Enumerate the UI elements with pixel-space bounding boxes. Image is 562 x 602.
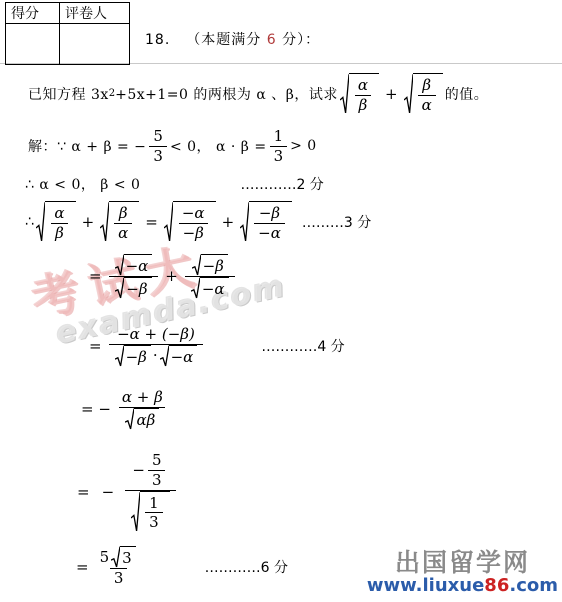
- score-marker-3: ………3 分: [302, 212, 371, 232]
- plus-operator: +: [82, 213, 95, 231]
- sqrt-alpha-beta: αβ: [125, 408, 159, 430]
- frac-den: α: [418, 95, 436, 115]
- plus-operator: +: [165, 267, 178, 285]
- score-cell-empty: [6, 24, 60, 65]
- frac-sqrt-over-sqrt-1: −α −β: [109, 254, 159, 299]
- frac-sum-over-sqrt-product: α + β αβ: [118, 388, 167, 430]
- sqrt-neg-beta: −β: [115, 277, 151, 299]
- frac-den: −α: [254, 223, 285, 243]
- question-number: 18.: [145, 32, 170, 48]
- score-marker-6: …………6 分: [205, 557, 288, 577]
- frac-den: 3: [145, 512, 163, 532]
- frac-num: −α: [178, 204, 209, 223]
- frac-nested-values: − 53 13: [125, 451, 176, 532]
- frac-sum-over-product: −α + (−β) −β · −α: [109, 325, 204, 367]
- problem-text-1: 已知方程 3x: [28, 84, 109, 104]
- url-number: 86: [484, 575, 509, 596]
- equals-sign: =: [145, 213, 158, 231]
- sqrt-neg-beta: −β: [115, 345, 151, 367]
- sqrt-beta-over-alpha: βα: [404, 73, 443, 115]
- problem-text-2: +5x+1=0 的两根为 α 、β，试求: [115, 84, 338, 104]
- frac-num: 1: [270, 127, 288, 146]
- sqrt-neg-beta-over-neg-alpha: −β−α: [240, 201, 292, 243]
- problem-text-3: 的值。: [445, 84, 489, 104]
- plus-operator: +: [385, 85, 398, 103]
- frac-den: 3: [149, 146, 167, 166]
- radical-sign: [100, 201, 109, 243]
- radical-sign: [192, 254, 201, 276]
- solution-step-3: ∴ αβ + βα = −α−β + −β−α ………3 分: [25, 201, 371, 243]
- watermark-liuxue-url: www.liuxue86.com: [367, 576, 558, 595]
- radical-sign: [111, 546, 120, 568]
- radicand: αβ: [134, 408, 159, 430]
- solution-step-6: = − α + β αβ: [77, 388, 170, 430]
- problem-statement: 已知方程 3x2+5x+1=0 的两根为 α 、β，试求 αβ + βα 的值。: [28, 73, 488, 115]
- frac-num: 5: [148, 451, 166, 470]
- frac-den: β: [51, 223, 68, 243]
- radical-sign: [115, 277, 124, 299]
- question-heading: 18.（本题满分 6 分）：: [145, 29, 320, 49]
- score-table-header-grader: 评卷人: [60, 3, 130, 24]
- solution-step-7: = − − 53 13: [73, 451, 179, 532]
- radicand: −α: [169, 345, 198, 367]
- coefficient: 5: [100, 548, 110, 567]
- radical-sign: [240, 201, 249, 243]
- solution-step-8: = 5 3 3 …………6 分: [72, 546, 288, 588]
- radical-sign: [340, 73, 349, 115]
- sqrt-3: 3: [111, 546, 136, 568]
- solution-step-2: ∴ α < 0， β < 0 …………2 分: [25, 174, 324, 194]
- radical-sign: [404, 73, 413, 115]
- equals-sign: =: [89, 267, 102, 285]
- frac-den: 3: [148, 470, 166, 490]
- sqrt-neg-alpha-over-neg-beta: −α−β: [164, 201, 216, 243]
- frac-num: α + β: [118, 388, 167, 407]
- watermark-liuxue-title: 出国留学网: [367, 549, 558, 576]
- step1-lead: 解：∵ α + β = −: [28, 136, 146, 156]
- frac-1-3: 13: [270, 127, 288, 166]
- sqrt-neg-alpha: −α: [160, 345, 198, 367]
- outer-minus-sign: −: [102, 483, 115, 501]
- frac-den: −β: [179, 223, 208, 243]
- radical-sign: [131, 491, 140, 533]
- therefore-symbol: ∴: [25, 214, 34, 230]
- radical-sign: [36, 201, 45, 243]
- sqrt-neg-alpha: −α: [191, 277, 229, 299]
- exam-solution-page: 得分 评卷人 18.（本题满分 6 分）： 已知方程 3x2+5x+1=0 的两…: [0, 0, 562, 602]
- frac-5-3: 53: [149, 127, 167, 166]
- frac-num: β: [418, 76, 435, 95]
- url-prefix: www.liuxue: [367, 575, 484, 596]
- question-score-post: 分）：: [277, 32, 320, 48]
- radicand: −β: [124, 345, 151, 367]
- frac-num: 5: [149, 127, 167, 146]
- sqrt-alpha-over-beta: αβ: [36, 201, 75, 243]
- step2-text: ∴ α < 0， β < 0: [25, 174, 140, 194]
- watermark-liuxue: 出国留学网 www.liuxue86.com: [367, 549, 558, 595]
- sqrt-beta-over-alpha: βα: [100, 201, 139, 243]
- score-table-header-score: 得分: [6, 3, 60, 24]
- question-score-value: 6: [267, 32, 277, 48]
- frac-5-3: 53: [148, 451, 166, 490]
- radical-sign: [115, 254, 124, 276]
- score-table: 得分 评卷人: [5, 2, 130, 65]
- frac-sqrt-over-sqrt-2: −β −α: [185, 254, 235, 299]
- radicand: −α: [200, 277, 229, 299]
- equals-sign: =: [76, 558, 89, 576]
- solution-step-5: = −α + (−β) −β · −α …………4 分: [85, 325, 345, 367]
- radical-sign: [115, 345, 124, 367]
- solution-step-1: 解：∵ α + β = − 53 < 0， α · β = 13 > 0: [28, 127, 317, 166]
- radicand: −β: [124, 277, 151, 299]
- radicand: −α: [124, 254, 153, 276]
- frac-result: 5 3 3: [96, 546, 142, 588]
- score-marker-4: …………4 分: [261, 336, 344, 356]
- equals-sign: =: [89, 337, 102, 355]
- radical-sign: [191, 277, 200, 299]
- frac-num: −β: [255, 204, 284, 223]
- sqrt-neg-alpha: −α: [115, 254, 153, 276]
- grader-cell-empty: [60, 24, 130, 65]
- frac-num: α: [50, 204, 68, 223]
- sqrt-alpha-over-beta: αβ: [340, 73, 379, 115]
- frac-num: α: [354, 76, 372, 95]
- frac-den: 3: [110, 568, 128, 588]
- frac-num: −α + (−β): [113, 325, 199, 344]
- step1-end: > 0: [290, 138, 317, 154]
- url-suffix: .com: [509, 575, 558, 596]
- solution-step-4: = −α −β + −β −α: [85, 254, 238, 299]
- radical-sign: [160, 345, 169, 367]
- question-score-pre: （本题满分: [186, 32, 266, 48]
- radicand: 3: [120, 546, 136, 568]
- frac-den: α: [114, 223, 132, 243]
- frac-num: 1: [145, 494, 163, 513]
- equals-minus-sign: = −: [81, 400, 111, 418]
- radicand: −β: [201, 254, 228, 276]
- numerator-minus-sign: −: [132, 461, 145, 480]
- radical-sign: [125, 408, 134, 430]
- plus-operator: +: [222, 213, 235, 231]
- sqrt-neg-beta: −β: [192, 254, 228, 276]
- frac-num: β: [115, 204, 132, 223]
- step1-mid: < 0， α · β =: [170, 136, 267, 156]
- frac-den: 3: [270, 146, 288, 166]
- sqrt-one-third: 13: [131, 491, 170, 533]
- radical-sign: [164, 201, 173, 243]
- frac-den: β: [355, 95, 372, 115]
- equals-sign: =: [77, 483, 90, 501]
- score-marker-2: …………2 分: [240, 174, 323, 194]
- multiplication-dot: ·: [153, 346, 158, 365]
